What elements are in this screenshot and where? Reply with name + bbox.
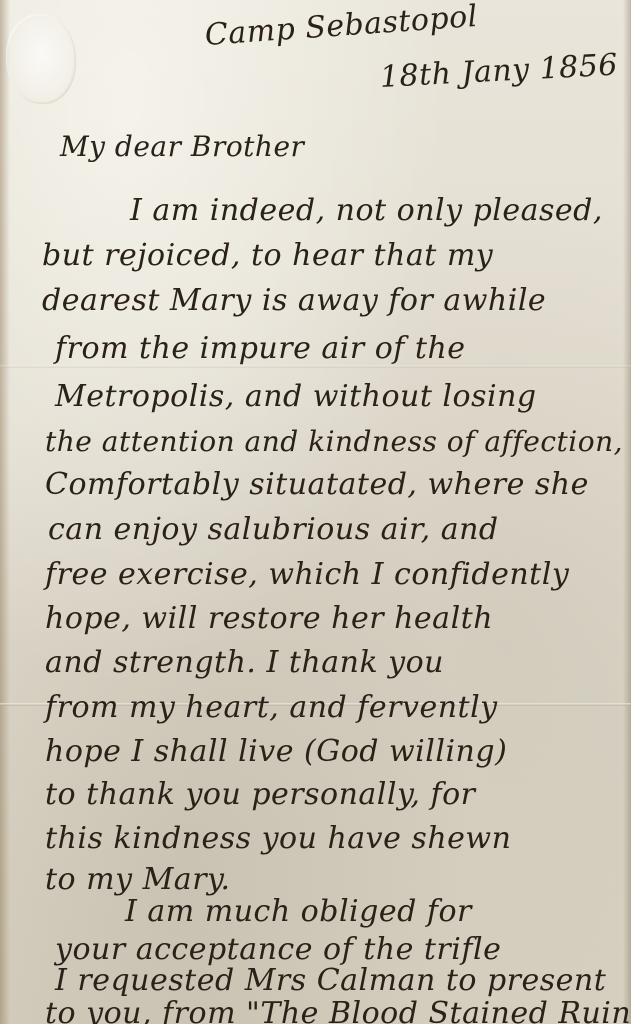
letter-line: your acceptance of the trifle	[55, 932, 501, 967]
letter-page: Camp Sebastopol 18th Jany 1856 My dear B…	[0, 0, 631, 1024]
letter-line: this kindness you have shewn	[45, 821, 511, 856]
embossed-seal-icon	[6, 14, 76, 104]
letter-line: from the impure air of the	[55, 331, 466, 366]
letter-line: Metropolis, and without losing	[55, 379, 537, 414]
paper-edge-stain-right	[623, 0, 631, 1024]
letter-line: dearest Mary is away for awhile	[42, 283, 546, 318]
letter-line: and strength. I thank you	[45, 645, 444, 680]
letter-line: from my heart, and fervently	[45, 690, 498, 725]
letter-line: free exercise, which I confidently	[45, 557, 569, 592]
letter-date: 18th Jany 1856	[379, 48, 619, 95]
letter-line: the attention and kindness of affection,	[45, 425, 623, 458]
letter-line: hope, will restore her health	[45, 601, 493, 636]
letter-line: can enjoy salubrious air, and	[48, 512, 499, 547]
letter-line: I requested Mrs Calman to present	[55, 963, 606, 998]
letter-line: I am indeed, not only pleased,	[130, 193, 603, 228]
letter-line: but rejoiced, to hear that my	[42, 238, 493, 273]
paper-edge-stain-left	[0, 0, 10, 1024]
letter-line: to you, from "The Blood Stained Ruins",	[45, 996, 631, 1024]
letter-salutation: My dear Brother	[60, 130, 304, 163]
letter-line: Comfortably situatated, where she	[45, 467, 589, 502]
letter-line: hope I shall live (God willing)	[45, 734, 507, 769]
letter-line: to my Mary.	[45, 862, 231, 897]
letter-place: Camp Sebastopol	[204, 0, 479, 53]
letter-line: I am much obliged for	[125, 894, 472, 929]
letter-line: to thank you personally, for	[45, 777, 476, 812]
